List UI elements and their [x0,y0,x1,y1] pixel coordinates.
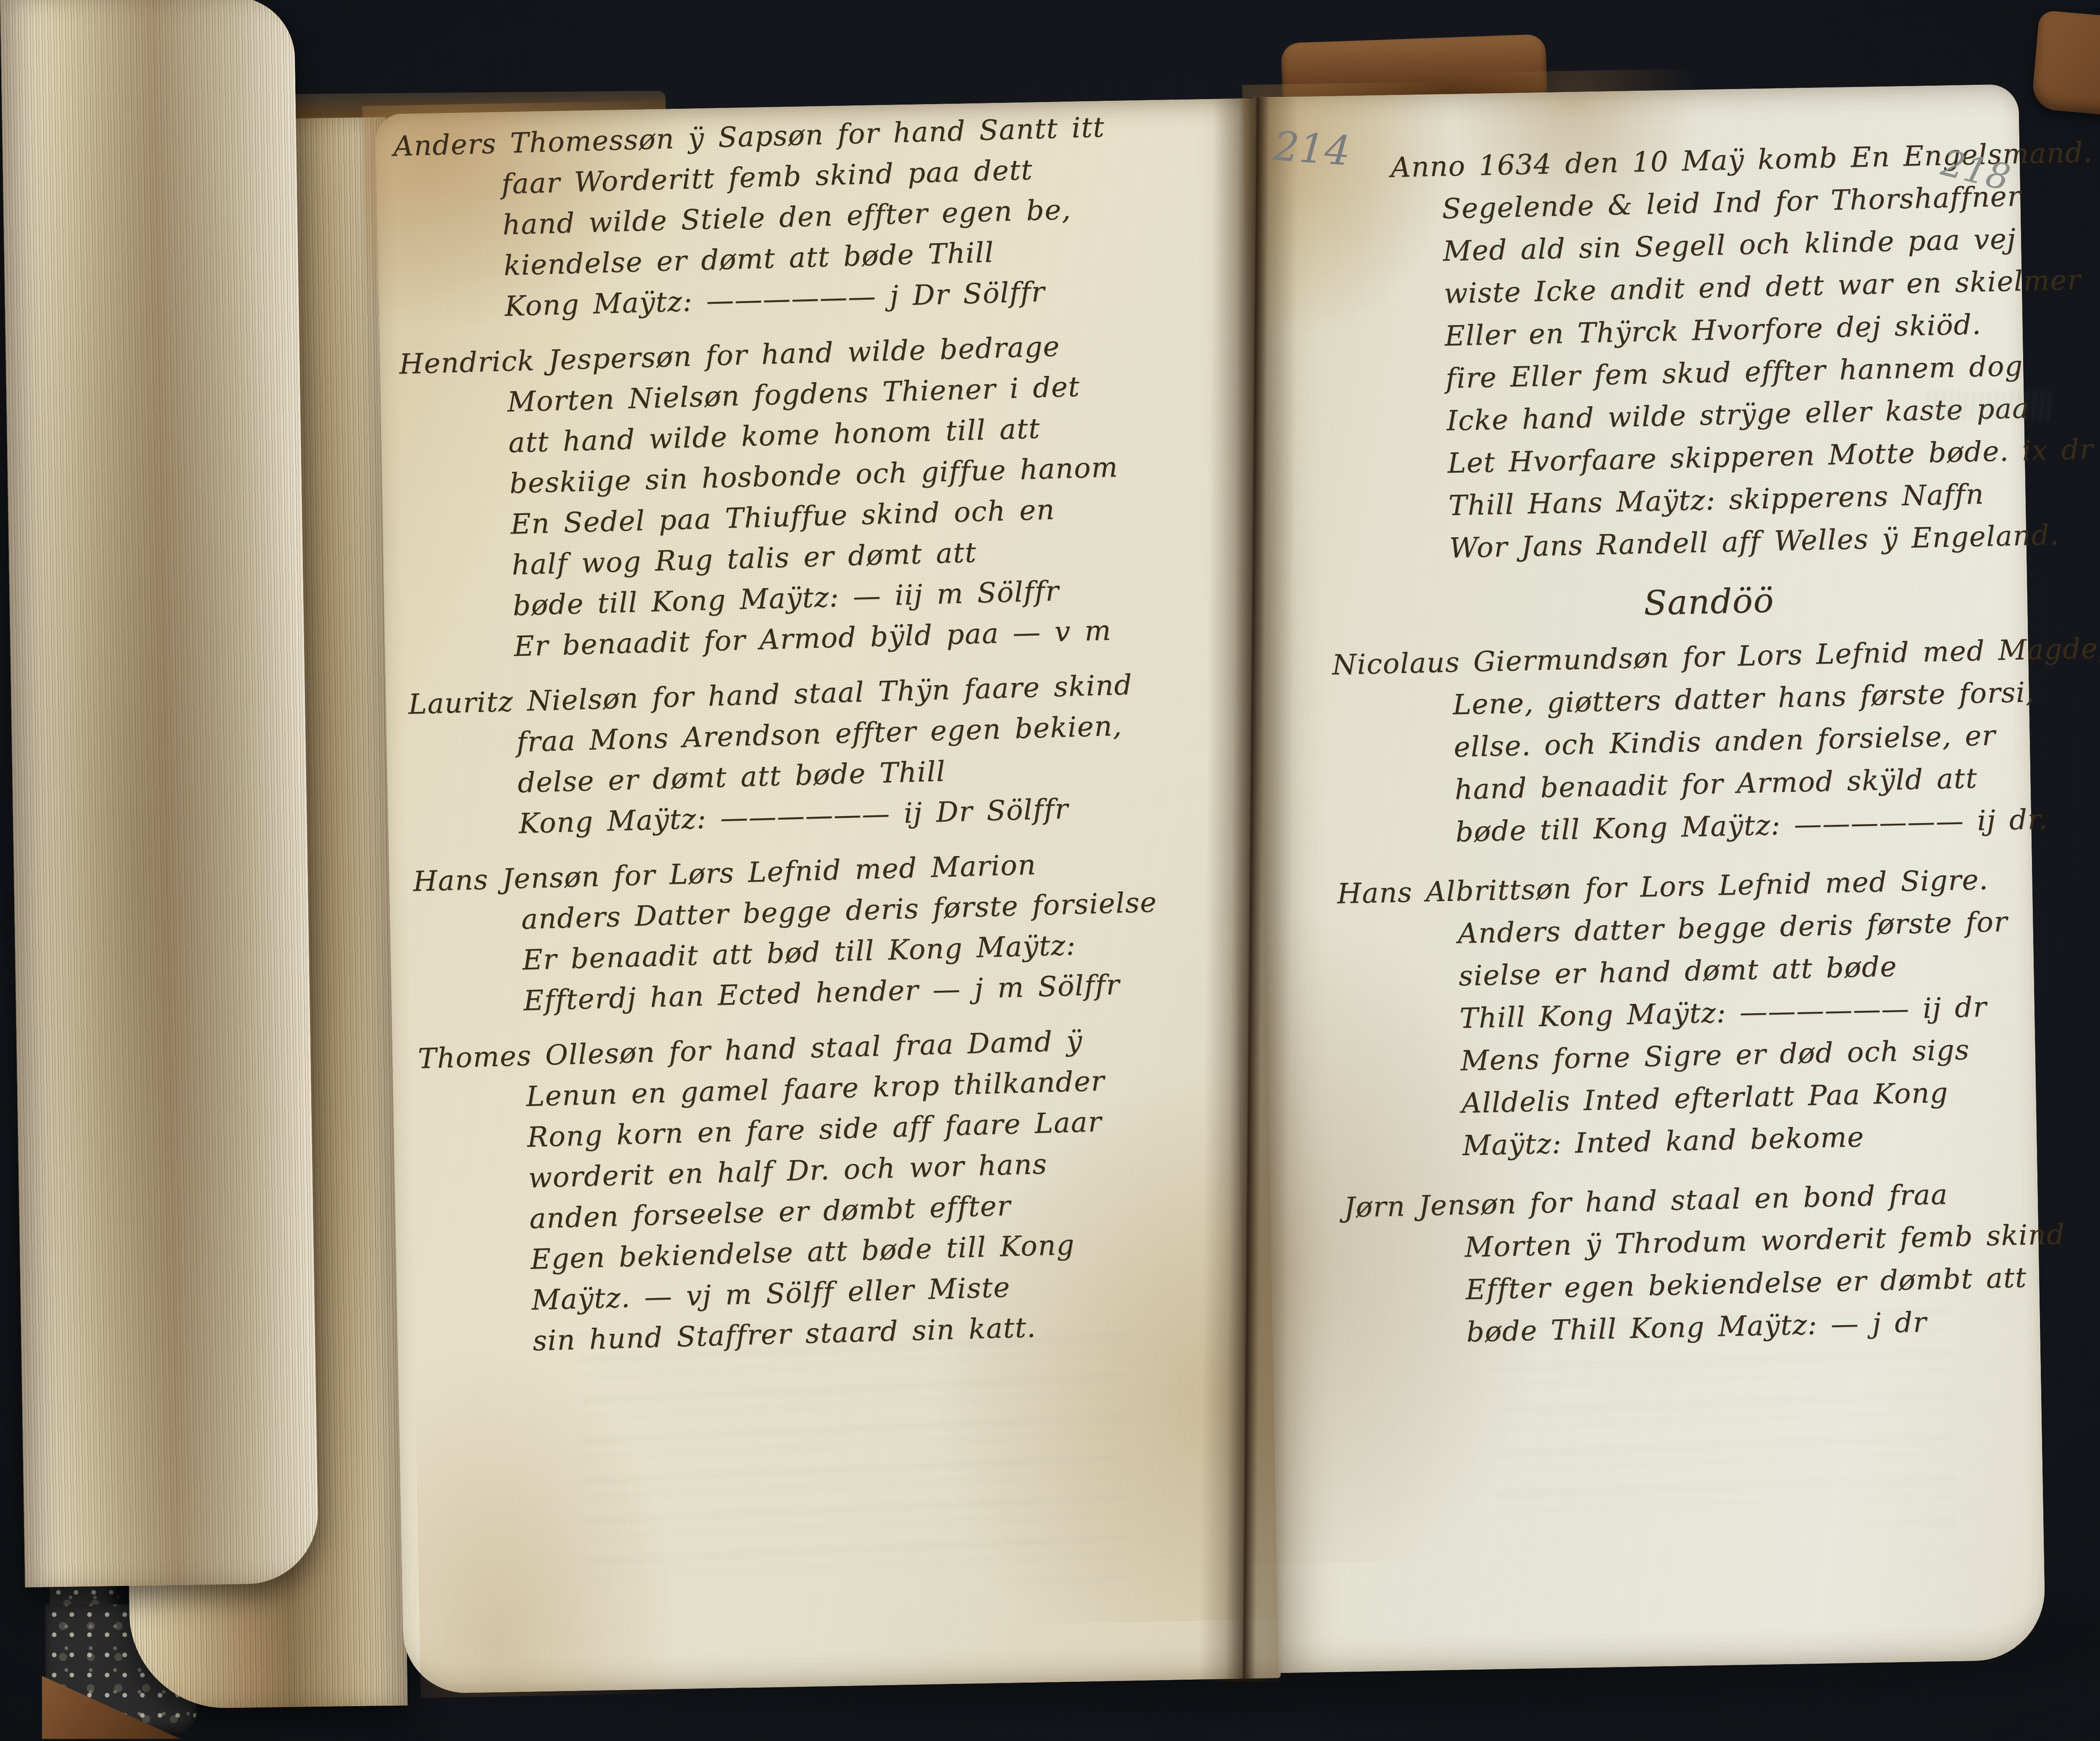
manuscript-entry: Anno 1634 den 10 Maÿ komb En Engelsmand.… [1321,132,2036,572]
section-heading: Sandöö [1381,573,2037,630]
left-page-text: Anders Thomessøn ÿ Sapsøn for hand Santt… [393,105,1216,1379]
paper-stain [414,1332,681,1698]
right-page-edges-stack [0,0,319,1588]
manuscript-entry: Hans Albrittsøn for Lors Lefnid med Sigr… [1337,857,2049,1169]
manuscript-entry: Nicolaus Giermundsøn for Lors Lefnid med… [1332,628,2042,856]
manuscript-entry: Anders Thomessøn ÿ Sapsøn for hand Santt… [393,105,1187,330]
leather-corner-top-right [2031,10,2100,129]
manuscript-entry: Lauritz Nielsøn for hand staal Thÿn faar… [408,663,1202,847]
manuscript-entry: Hans Jensøn for Lørs Lefnid med Marionan… [412,840,1206,1024]
photo-background: Anders Thomessøn ÿ Sapsøn for hand Santt… [0,0,2100,1741]
manuscript-entry: Hendrick Jespersøn for hand wilde bedrag… [399,323,1197,670]
manuscript-entry: Jørn Jensøn for hand staal en bond fraaM… [1344,1171,2053,1356]
pencil-folio-number-214: 214 [1272,123,1352,175]
manuscript-entry: Thomes Ollesøn for hand staal fraa Damd … [417,1017,1215,1364]
right-page-text: Anno 1634 den 10 Maÿ komb En Engelsmand.… [1321,132,2053,1373]
pencil-smudge [1928,391,2054,420]
